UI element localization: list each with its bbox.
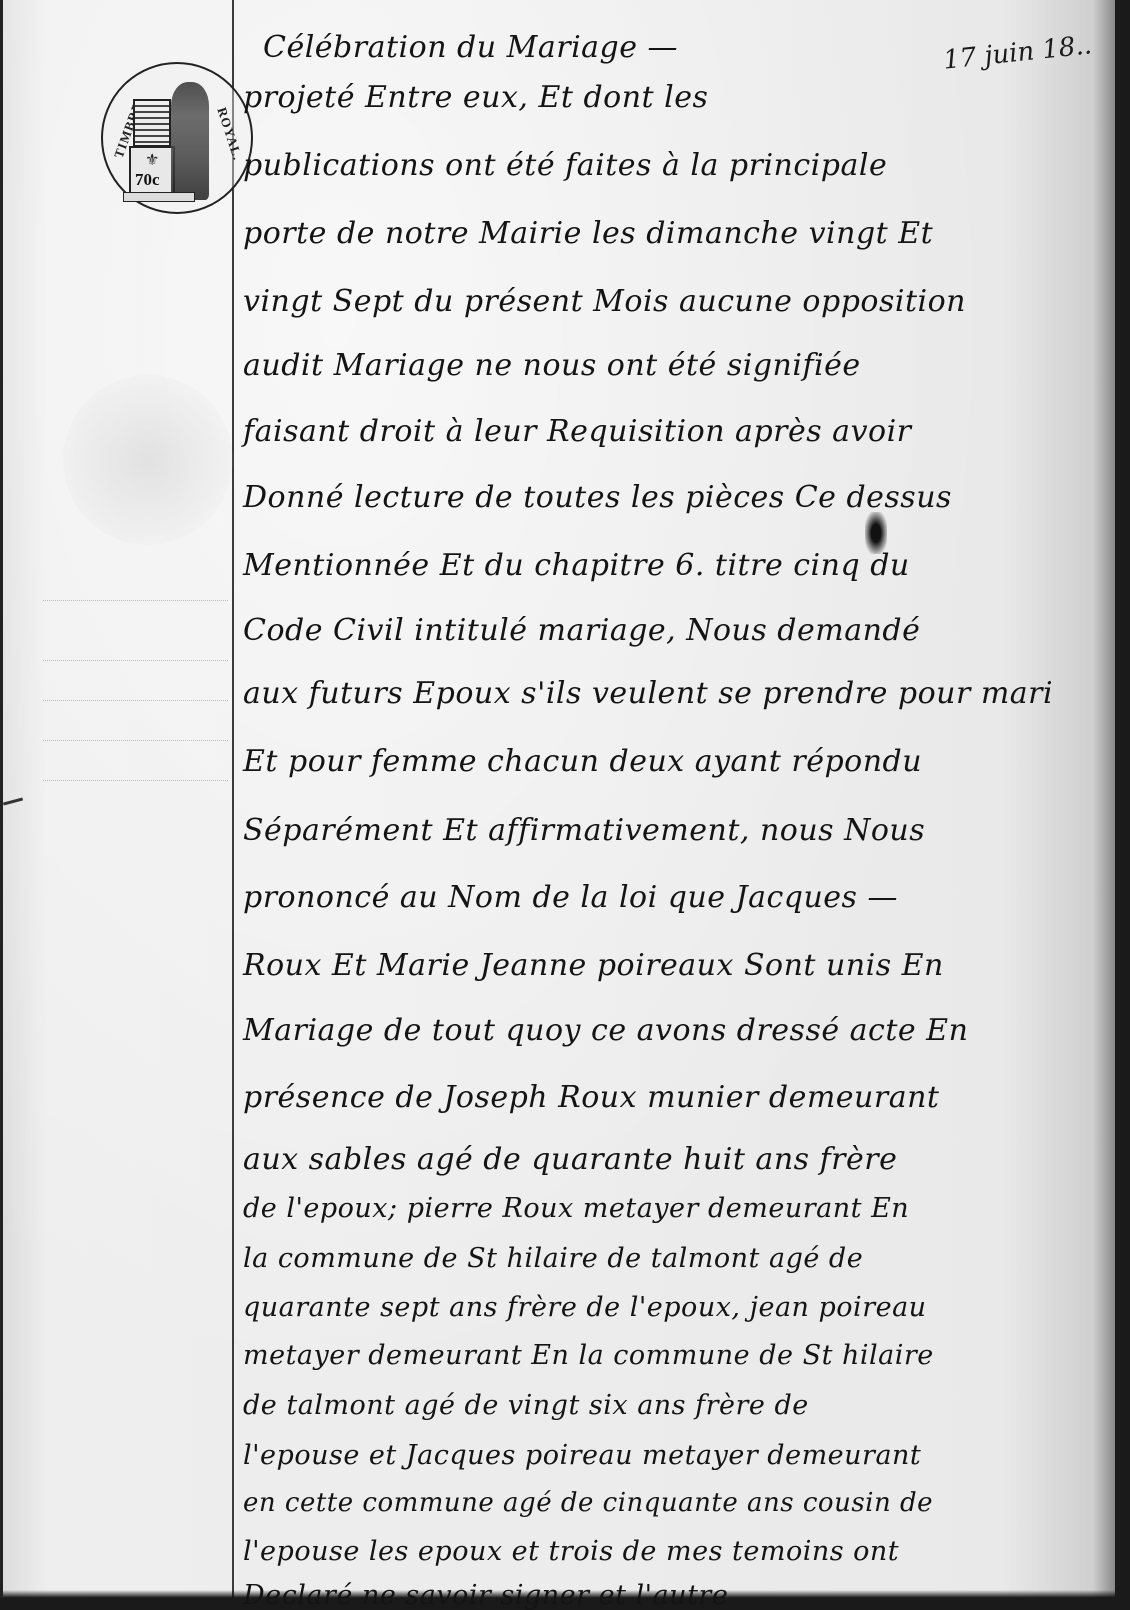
text-line: la commune de St hilaire de talmont agé … <box>243 1243 863 1274</box>
text-line: aux futurs Epoux s'ils veulent se prendr… <box>243 676 1053 711</box>
pedestal-icon: ⚜ 70c <box>129 146 175 198</box>
text-line: en cette commune agé de cinquante ans co… <box>243 1488 933 1518</box>
bleedthrough-line <box>43 600 228 603</box>
text-line: publications ont été faites à la princip… <box>243 148 887 183</box>
stamp-label-right: ROYAL. <box>213 105 245 162</box>
date-annotation: 17 juin 18.. <box>942 30 1093 75</box>
text-line: présence de Joseph Roux munier demeurant <box>243 1080 939 1115</box>
text-line: Séparément Et affirmativement, nous Nous <box>243 813 925 848</box>
text-line: de l'epoux; pierre Roux metayer demeuran… <box>243 1193 909 1224</box>
fleur-de-lis-icon: ⚜ <box>145 150 159 169</box>
text-line: de talmont agé de vingt six ans frère de <box>243 1390 809 1421</box>
allegorical-figure-icon <box>171 82 209 200</box>
document-page: TIMBRE ROYAL. ⚜ 70c 17 juin 18.. Célébra… <box>0 0 1115 1598</box>
text-line: vingt Sept du présent Mois aucune opposi… <box>243 284 966 319</box>
text-line: metayer demeurant En la commune de St hi… <box>243 1340 934 1371</box>
faded-seal-bleedthrough <box>63 375 233 545</box>
text-line: Mariage de tout quoy ce avons dressé act… <box>243 1013 968 1048</box>
text-line: Mentionnée Et du chapitre 6. titre cinq … <box>243 548 910 583</box>
text-line: projeté Entre eux, Et dont les <box>243 80 708 115</box>
bleedthrough-line <box>43 740 228 743</box>
bleedthrough-line <box>43 700 228 703</box>
text-line: Code Civil intitulé mariage, Nous demand… <box>243 613 920 648</box>
margin-rule <box>232 0 234 1598</box>
margin-ink-mark <box>3 797 23 805</box>
text-line: Et pour femme chacun deux ayant répondu <box>243 744 922 779</box>
royal-tax-stamp: TIMBRE ROYAL. ⚜ 70c <box>101 62 253 214</box>
text-line: audit Mariage ne nous ont été signifiée <box>243 348 861 383</box>
text-line: Donné lecture de toutes les pièces Ce de… <box>243 480 952 515</box>
text-line: Roux Et Marie Jeanne poireaux Sont unis … <box>243 948 944 983</box>
bleedthrough-line <box>43 780 228 783</box>
text-line: quarante sept ans frère de l'epoux, jean… <box>243 1292 927 1323</box>
law-tablet-icon <box>133 99 171 147</box>
stamp-value: 70c <box>135 170 160 190</box>
text-line: prononcé au Nom de la loi que Jacques — <box>243 880 898 915</box>
text-line: l'epouse et Jacques poireau metayer deme… <box>243 1440 921 1471</box>
bleedthrough-line <box>43 660 228 663</box>
text-line: porte de notre Mairie les dimanche vingt… <box>243 216 933 251</box>
text-line: aux sables agé de quarante huit ans frèr… <box>243 1142 897 1177</box>
text-line: Célébration du Mariage — <box>263 30 678 65</box>
text-line: l'epouse les epoux et trois de mes temoi… <box>243 1536 899 1567</box>
text-line: faisant droit à leur Requisition après a… <box>243 414 912 449</box>
stamp-base <box>123 192 195 202</box>
text-line: Declaré ne savoir signer et l'autre <box>243 1580 728 1610</box>
